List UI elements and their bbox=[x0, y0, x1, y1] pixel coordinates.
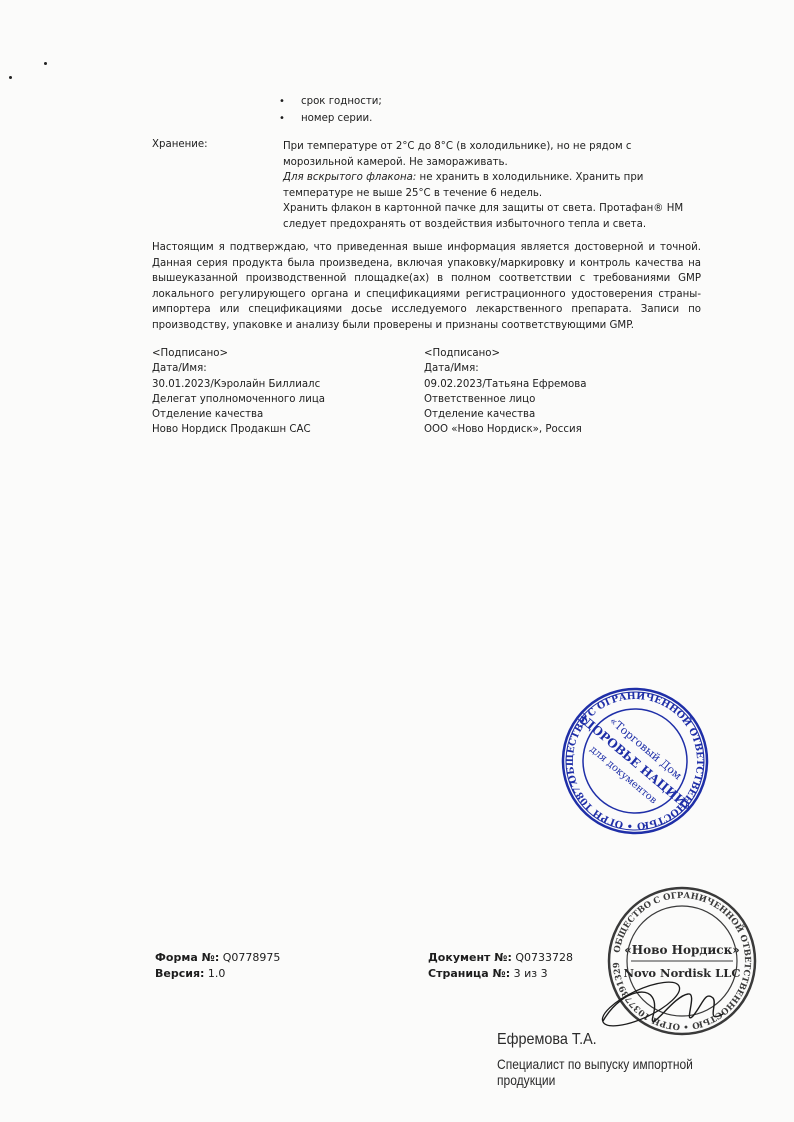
bullet-list: срок годности; номер серии. bbox=[279, 93, 382, 127]
document-value: Q0733728 bbox=[512, 951, 573, 964]
footer-left: Форма №: Q0778975 Версия: 1.0 bbox=[155, 950, 280, 982]
date-name: 30.01.2023/Кэролайн Биллиалс bbox=[152, 377, 325, 392]
specialist-name: Ефремова Т.А. bbox=[497, 1031, 597, 1049]
signed-marker: <Подписано> bbox=[424, 346, 586, 361]
scan-speck bbox=[9, 76, 12, 79]
storage-label: Хранение: bbox=[152, 139, 208, 150]
stamp-line2: Novo Nordisk LLC bbox=[624, 966, 741, 980]
declaration-paragraph: Настоящим я подтверждаю, что приведенная… bbox=[152, 240, 701, 334]
storage-line1: При температуре от 2°C до 8°C (в холодил… bbox=[283, 139, 703, 170]
storage-opened-label: Для вскрытого флакона: bbox=[283, 172, 416, 183]
translation-stamp: ОБЩЕСТВО С ОГРАНИЧЕННОЙ ОТВЕТСТВЕННОСТЬЮ… bbox=[556, 686, 714, 836]
signer-role: Делегат уполномоченного лица bbox=[152, 392, 325, 407]
storage-opened: Для вскрытого флакона: не хранить в холо… bbox=[283, 170, 703, 201]
document-label: Документ №: bbox=[428, 951, 512, 964]
svg-text:ОБЩЕСТВО С ОГРАНИЧЕННОЙ ОТВЕТС: ОБЩЕСТВО С ОГРАНИЧЕННОЙ ОТВЕТСТВЕННОСТЬЮ… bbox=[593, 886, 752, 1031]
signer-department: Отделение качества bbox=[424, 407, 586, 422]
signer-role: Ответственное лицо bbox=[424, 392, 586, 407]
version-value: 1.0 bbox=[204, 967, 225, 980]
form-value: Q0778975 bbox=[219, 951, 280, 964]
storage-text: При температуре от 2°C до 8°C (в холодил… bbox=[283, 139, 703, 232]
signer-company: Ново Нордиск Продакшн САС bbox=[152, 422, 325, 437]
signer-company: ООО «Ново Нордиск», Россия bbox=[424, 422, 586, 437]
footer-right: Документ №: Q0733728 Страница №: 3 из 3 bbox=[428, 950, 573, 982]
version-label: Версия: bbox=[155, 967, 204, 980]
stamp-line2: ЗДОРОВЬЕ НАЦИИ» bbox=[574, 710, 694, 814]
signature-block-left: <Подписано> Дата/Имя: 30.01.2023/Кэролай… bbox=[152, 346, 325, 438]
page-value: 3 из 3 bbox=[510, 967, 548, 980]
page-label: Страница №: bbox=[428, 967, 510, 980]
scan-speck bbox=[44, 62, 47, 65]
signature-block-right: <Подписано> Дата/Имя: 09.02.2023/Татьяна… bbox=[424, 346, 586, 438]
date-name-label: Дата/Имя: bbox=[424, 361, 586, 376]
specialist-title: Специалист по выпуску импортной продукци… bbox=[497, 1056, 752, 1088]
storage-line3: Хранить флакон в картонной пачке для защ… bbox=[283, 201, 703, 232]
company-stamp: ОБЩЕСТВО С ОГРАНИЧЕННОЙ ОТВЕТСТВЕННОСТЬЮ… bbox=[593, 886, 771, 1036]
signed-marker: <Подписано> bbox=[152, 346, 325, 361]
stamp-line1: «Ново Нордиск» bbox=[624, 943, 739, 957]
bullet-item: срок годности; bbox=[279, 93, 382, 110]
date-name: 09.02.2023/Татьяна Ефремова bbox=[424, 377, 586, 392]
date-name-label: Дата/Имя: bbox=[152, 361, 325, 376]
bullet-item: номер серии. bbox=[279, 110, 382, 127]
signer-department: Отделение качества bbox=[152, 407, 325, 422]
form-label: Форма №: bbox=[155, 951, 219, 964]
